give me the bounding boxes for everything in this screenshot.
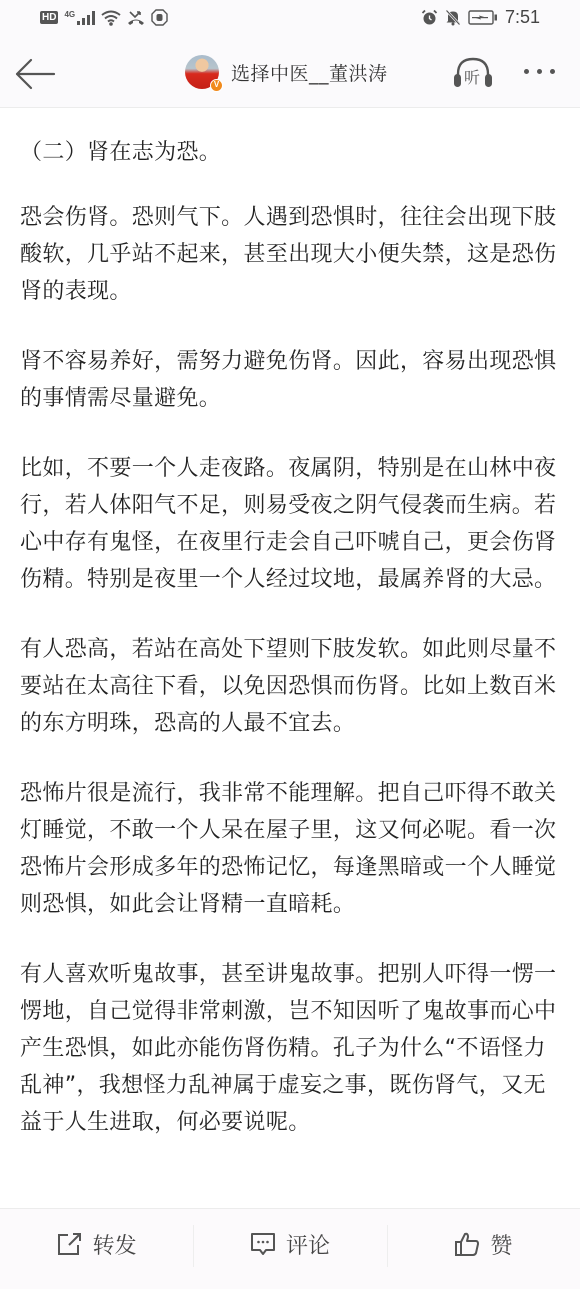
alarm-icon (421, 9, 438, 26)
ellipsis-dot-icon (550, 69, 555, 74)
verified-badge-icon: V (210, 79, 223, 92)
comment-button[interactable]: 评论 (193, 1209, 386, 1289)
share-button[interactable]: 转发 (0, 1209, 193, 1289)
article-paragraph: 有人喜欢听鬼故事，甚至讲鬼故事。把别人吓得一愣一愣地，自己觉得非常刺激，岂不知因… (20, 956, 560, 1141)
network-type-label: 4G (64, 11, 75, 19)
cellular-signal-icon: 4G (64, 11, 95, 25)
status-bar: HD 4G (0, 0, 580, 40)
comment-label: 评论 (286, 1229, 330, 1260)
back-button[interactable] (14, 57, 56, 91)
wifi-icon (101, 10, 121, 26)
hd-icon: HD (40, 11, 58, 24)
status-right: 7:51 (421, 7, 540, 28)
listen-label: 听 (464, 65, 480, 88)
status-left: HD 4G (40, 9, 168, 26)
clock-time: 7:51 (505, 7, 540, 28)
article-paragraph: 肾不容易养好，需努力避免伤肾。因此，容易出现恐惧的事情需尽量避免。 (20, 343, 560, 417)
share-icon (57, 1232, 83, 1256)
missed-call-icon (127, 10, 145, 26)
share-label: 转发 (93, 1229, 137, 1260)
bottom-action-bar: 转发 评论 赞 (0, 1208, 580, 1289)
thumbs-up-icon (454, 1231, 480, 1257)
article-paragraph: 恐会伤肾。恐则气下。人遇到恐惧时，往往会出现下肢酸软，几乎站不起来，甚至出现大小… (20, 199, 560, 310)
like-button[interactable]: 赞 (387, 1209, 580, 1289)
ellipsis-dot-icon (524, 69, 529, 74)
more-options-button[interactable] (524, 69, 555, 74)
battery-charging-icon (468, 10, 498, 25)
like-label: 赞 (490, 1229, 512, 1260)
listen-button[interactable]: 听 (452, 54, 494, 92)
article-paragraph: 有人恐高，若站在高处下望则下肢发软。如此则尽量不要站在太高往下看，以免因恐惧而伤… (20, 631, 560, 742)
article-section-heading: （二）肾在志为恐。 (20, 134, 560, 171)
article-body: （二）肾在志为恐。 恐会伤肾。恐则气下。人遇到恐惧时，往往会出现下肢酸软，几乎站… (0, 108, 580, 1208)
bell-muted-icon (445, 9, 461, 26)
arrow-left-icon (14, 57, 56, 91)
comment-icon (250, 1231, 276, 1257)
ellipsis-dot-icon (537, 69, 542, 74)
article-paragraph: 恐怖片很是流行，我非常不能理解。把自己吓得不敢关灯睡觉，不敢一个人呆在屋子里，这… (20, 775, 560, 923)
article-paragraph: 比如，不要一个人走夜路。夜属阴，特别是在山林中夜行，若人体阳气不足，则易受夜之阴… (20, 450, 560, 598)
avatar[interactable]: V (185, 55, 219, 89)
author-header[interactable]: V 选择中医__董洪涛 (185, 55, 388, 89)
nav-bar: V 选择中医__董洪涛 听 (0, 40, 580, 108)
author-name[interactable]: 选择中医__董洪涛 (231, 59, 388, 86)
hand-stop-icon (151, 9, 168, 26)
